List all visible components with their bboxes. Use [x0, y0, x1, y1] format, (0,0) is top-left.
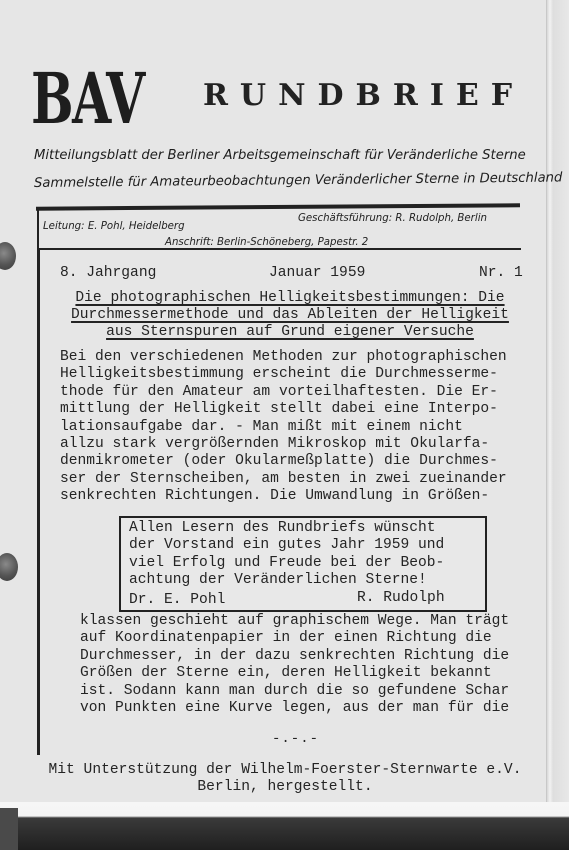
article-paragraph: Bei den verschiedenen Methoden zur photo…: [60, 349, 530, 506]
punch-hole: [0, 242, 16, 270]
masthead-title: RUNDBRIEF: [203, 78, 524, 113]
greeting-text: Allen Lesern des Rundbriefs wünscht der …: [129, 520, 444, 590]
separator: -.-.-: [272, 731, 319, 747]
masthead-subtitle-2: Sammelstelle für Amateurbeobachtungen Ve…: [34, 170, 563, 191]
newsletter-page: BAV RUNDBRIEF Mitteilungsblatt der Berli…: [0, 0, 569, 820]
issue-date: Januar 1959: [269, 265, 365, 281]
article-title-line: Durchmessermethode und das Ableiten der …: [71, 307, 509, 323]
anschrift-text: Anschrift: Berlin-Schöneberg, Papestr. 2: [165, 237, 368, 248]
issue-volume: 8. Jahrgang: [60, 265, 156, 281]
issue-number: Nr. 1: [479, 265, 523, 281]
scanner-shadow: [0, 808, 18, 850]
signature-rudolph: R. Rudolph: [357, 590, 445, 606]
geschaeftsfuehrung-text: Geschäftsführung: R. Rudolph, Berlin: [298, 213, 487, 224]
article-title: Die photographischen Helligkeitsbestimmu…: [60, 290, 520, 341]
footer-note: Mit Unterstützung der Wilhelm-Foerster-S…: [30, 762, 540, 797]
leitung-text: Leitung: E. Pohl, Heidelberg: [43, 221, 185, 232]
punch-hole: [0, 553, 18, 581]
article-paragraph: klassen geschieht auf graphischem Wege. …: [80, 613, 550, 717]
masthead-subtitle: Mitteilungsblatt der Berliner Arbeitsgem…: [34, 148, 526, 163]
signature-pohl: Dr. E. Pohl: [129, 592, 225, 608]
bav-logo: BAV: [31, 66, 144, 132]
article-title-line: Die photographischen Helligkeitsbestimmu…: [75, 290, 504, 306]
scanner-edge: [0, 802, 569, 850]
footer-line: Berlin, hergestellt.: [30, 779, 540, 796]
footer-line: Mit Unterstützung der Wilhelm-Foerster-S…: [30, 762, 540, 779]
article-title-line: aus Sternspuren auf Grund eigener Versuc…: [106, 324, 474, 340]
